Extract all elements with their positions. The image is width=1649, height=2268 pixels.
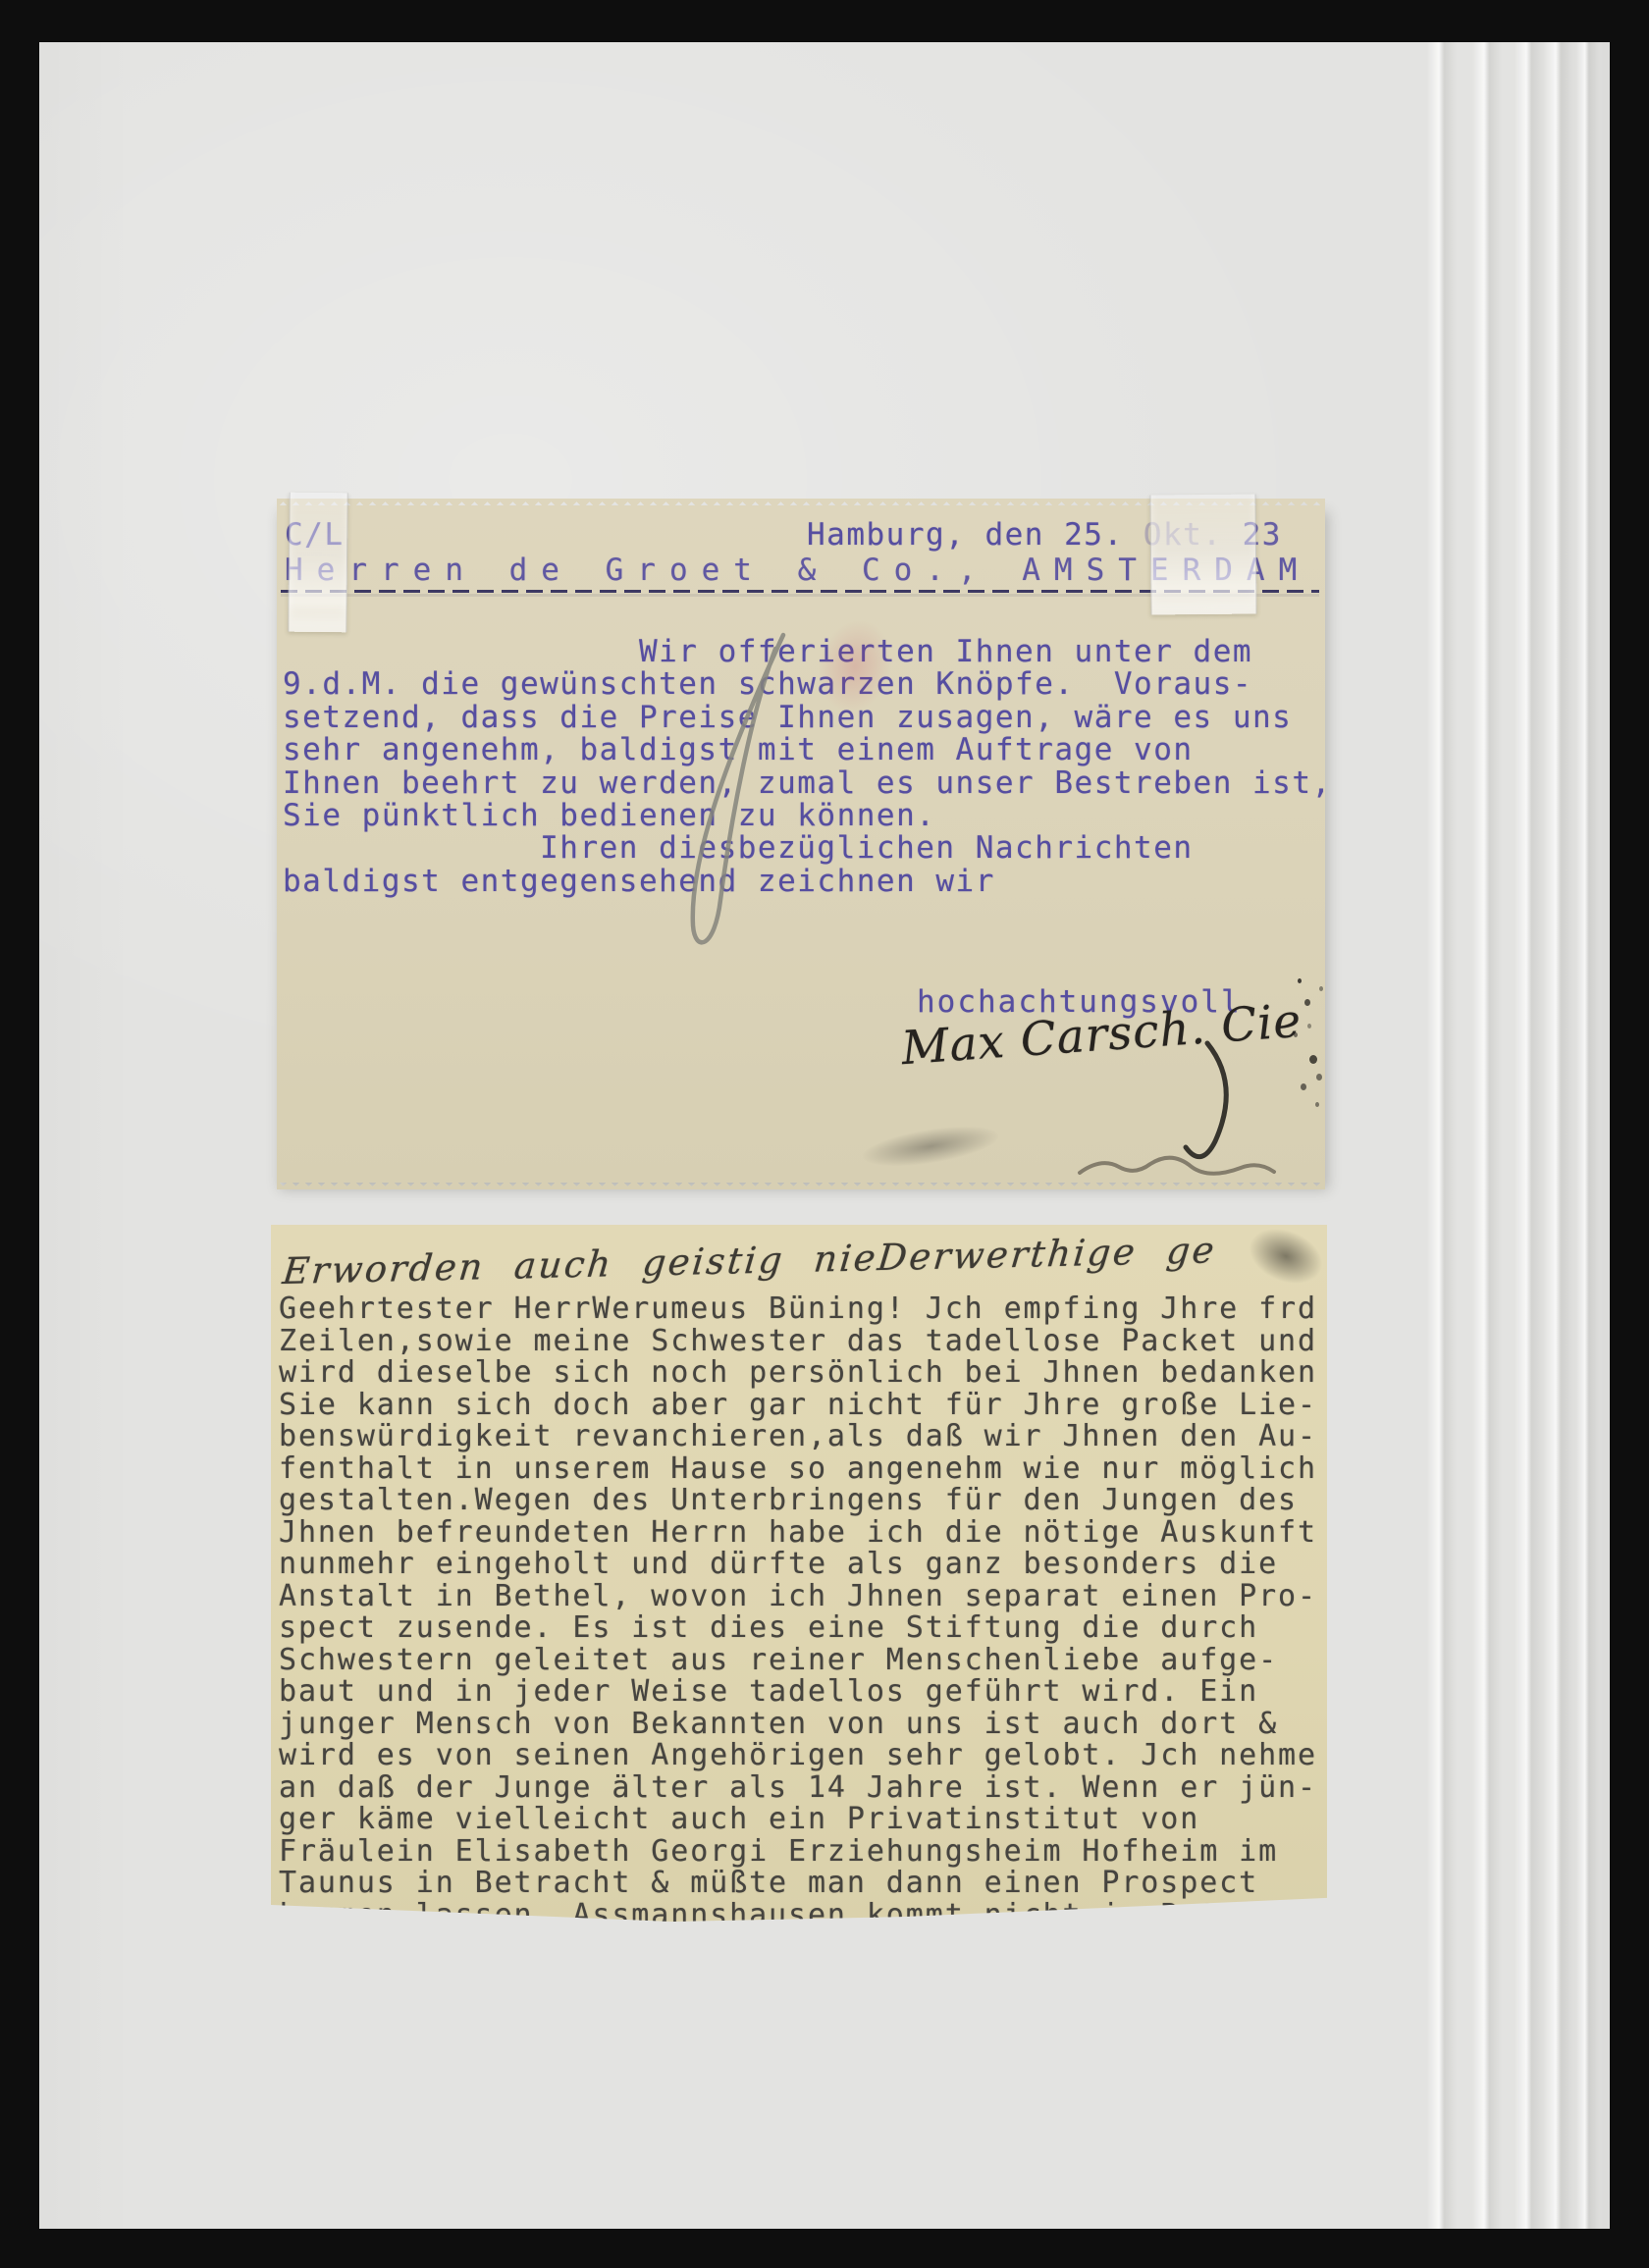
pencil-smudge <box>860 1119 1001 1173</box>
page-crease <box>1575 42 1599 2229</box>
tape-strip <box>1149 495 1256 615</box>
ink-specks <box>1298 978 1302 983</box>
postcard-top: C/L Hamburg, den 25. Okt. 23 Herren de G… <box>277 505 1325 1183</box>
ink-scribble <box>1080 1158 1274 1174</box>
postcard-bottom: Erworden auch geistig nieDerwerthige ge … <box>271 1225 1327 1922</box>
scan-background: { "page": { "description": "Album page w… <box>0 0 1649 2268</box>
typed-letter-body: Geehrtester HerrWerumeus Büning! Jch emp… <box>279 1293 1317 1931</box>
typed-letter-body: Wir offerierten Ihnen unter dem 9.d.M. d… <box>283 636 1332 898</box>
page-crease <box>1427 42 1457 2229</box>
signature-flourish <box>1186 1043 1226 1157</box>
album-page: C/L Hamburg, den 25. Okt. 23 Herren de G… <box>39 42 1610 2229</box>
page-crease <box>1472 42 1502 2229</box>
page-crease <box>1544 42 1573 2229</box>
place-date: Hamburg, den 25. <box>807 517 1144 553</box>
handwritten-annotation: Erworden auch geistig nieDerwerthige ge <box>281 1227 1315 1292</box>
page-crease <box>1515 42 1544 2229</box>
tape-strip <box>288 493 347 633</box>
